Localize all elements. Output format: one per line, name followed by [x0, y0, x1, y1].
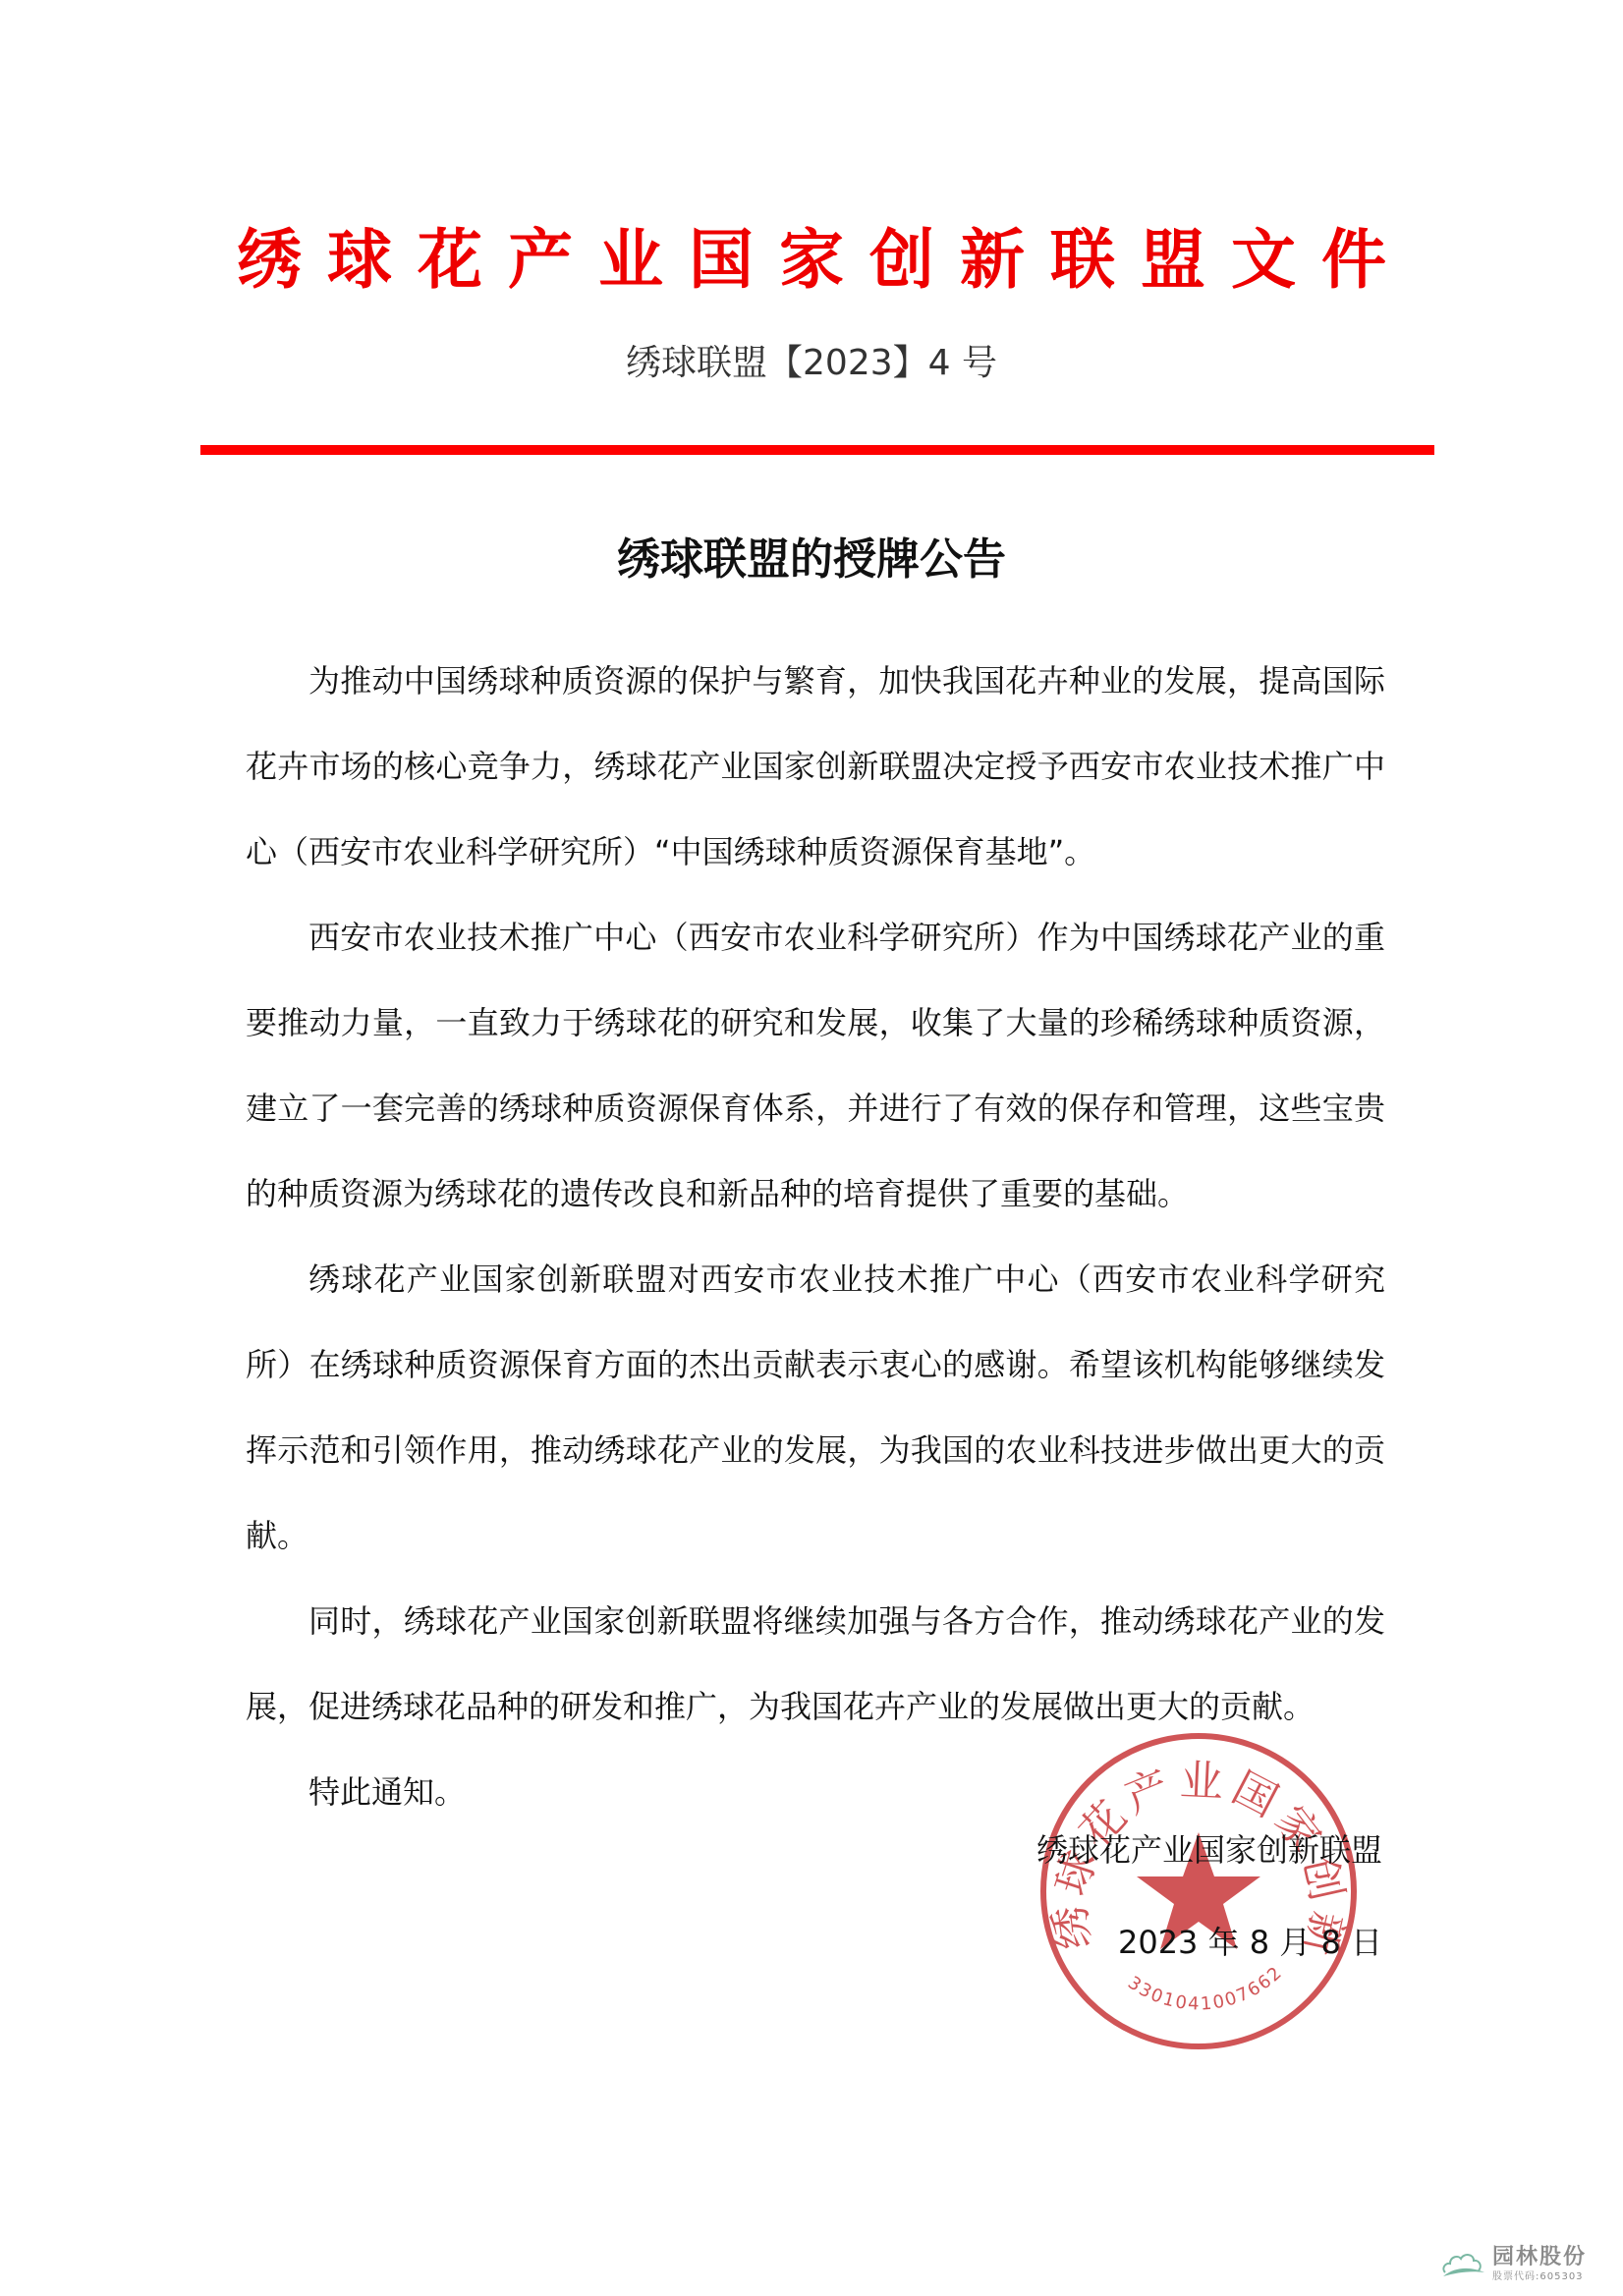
watermark-name: 园林股份: [1492, 2245, 1587, 2270]
paragraph: 绣球花产业国家创新联盟对西安市农业技术推广中心（西安市农业科学研究所）在绣球种质…: [246, 1237, 1385, 1579]
signature-org: 绣球花产业国家创新联盟: [1036, 1825, 1382, 1875]
watermark-stock-code: 股票代码:605303: [1492, 2270, 1587, 2284]
official-seal-icon: 绣球花产业国家创新联盟 3301041007662: [1036, 1729, 1361, 2053]
document-page: 绣球花产业国家创新联盟文件 绣球联盟【2023】4 号 绣球联盟的授牌公告 为推…: [0, 0, 1623, 2296]
announcement-title: 绣球联盟的授牌公告: [0, 531, 1623, 589]
org-document-header: 绣球花产业国家创新联盟文件: [0, 216, 1623, 305]
paragraph: 同时，绣球花产业国家创新联盟将继续加强与各方合作，推动绣球花产业的发展，促进绣球…: [246, 1579, 1385, 1750]
cloud-leaf-logo-icon: [1439, 2247, 1486, 2282]
paragraph: 西安市农业技术推广中心（西安市农业科学研究所）作为中国绣球花产业的重要推动力量，…: [246, 895, 1385, 1237]
paragraph: 为推动中国绣球种质资源的保护与繁育，加快我国花卉种业的发展，提高国际花卉市场的核…: [246, 639, 1385, 895]
signature-date: 2023 年 8 月 8 日: [1118, 1918, 1382, 1967]
document-number: 绣球联盟【2023】4 号: [0, 339, 1623, 388]
company-watermark: 园林股份 股票代码:605303: [1439, 2240, 1621, 2289]
svg-text:3301041007662: 3301041007662: [1124, 1962, 1287, 2015]
announcement-body: 为推动中国绣球种质资源的保护与繁育，加快我国花卉种业的发展，提高国际花卉市场的核…: [246, 639, 1385, 1835]
header-divider: [200, 445, 1434, 455]
